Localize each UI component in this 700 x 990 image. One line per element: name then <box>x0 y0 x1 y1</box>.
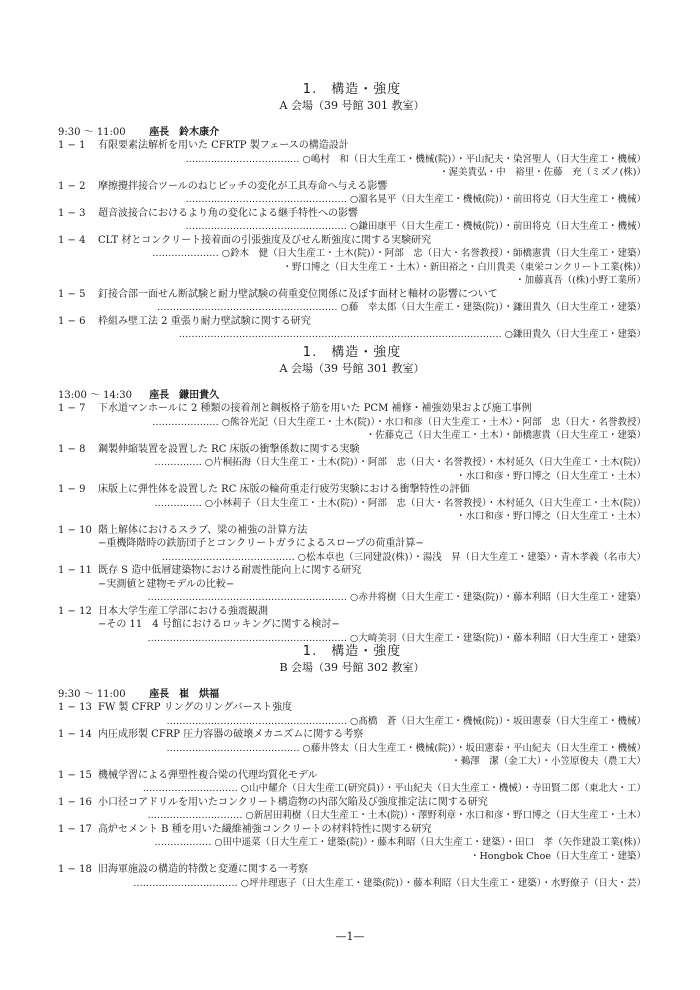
paper-subtitle: −実測値と建物モデルの比較− <box>58 578 646 592</box>
paper-title: 有限要素法解析を用いた CFRTP 製フェースの構造設計 <box>98 140 349 151</box>
paper-authors: ・水口和彦・野口博之（日大生産工・土木） <box>58 470 646 484</box>
paper-authors: ・加藤真吾（(株)小野工業所） <box>58 274 646 288</box>
list-item: 1 − 16小口径コアドリルを用いたコンクリート構造物の内部欠陥及び強度推定法に… <box>58 796 646 823</box>
paper-number: 1 − 17 <box>58 823 98 837</box>
paper-number: 1 − 6 <box>58 315 98 329</box>
paper-authors: …………… ○片桐拓海（日大生産工・土木(院)）・阿部 忠（日大・名誉教授）・木… <box>58 456 646 470</box>
paper-authors: …………………………………… ○藤井啓太（日大生産工・機械(院)）・坂田憲泰・平… <box>58 742 646 756</box>
session-section-b-morning: 1. 構造・強度 B 会場（39 号館 302 教室） 9:30 ～ 11:00… <box>58 644 646 890</box>
list-item: 1 − 2摩擦攪拌接合ツールのねじピッチの変化が工具寿命へ与える影響 ……………… <box>58 180 646 207</box>
paper-number: 1 − 10 <box>58 524 98 538</box>
paper-title: 摩擦攪拌接合ツールのねじピッチの変化が工具寿命へ与える影響 <box>98 181 387 192</box>
paper-title: 機械学習による弾塑性複合梁の代理均質化モデル <box>98 770 318 781</box>
paper-authors: …………………………… ○坪井理恵子（日大生産工・建築(院)）・藤本利昭（日大生… <box>58 877 646 891</box>
list-item: 1 − 5釘接合部一面せん断試験と耐力壁試験の荷重変位関係に及ぼす面材と軸材の影… <box>58 288 646 315</box>
paper-number: 1 − 5 <box>58 288 98 302</box>
list-item: 1 − 13FW 製 CFRP リングのリングバースト強度 …………………………… <box>58 701 646 728</box>
paper-number: 1 − 16 <box>58 796 98 810</box>
paper-title: 日本大学生産工学部における強震観測 <box>98 606 268 617</box>
list-item: 1 − 12日本大学生産工学部における強震観測 −その 11 4 号館におけるロ… <box>58 605 646 646</box>
list-item: 1 − 18旧海軍施設の構造的特徴と変遷に関する一考察 …………………………… … <box>58 863 646 890</box>
paper-authors: ・佐藤克己（日大生産工・土木）・師橋憲貴（日大生産工・建築） <box>58 429 646 443</box>
paper-title: 下水道マンホールに 2 種類の接着剤と鋼板格子筋を用いた PCM 補修・補強効果… <box>98 403 532 414</box>
session-header: 9:30 ～ 11:00 座長 崔 烘福 <box>58 688 646 701</box>
session-section-a-morning: 1. 構造・強度 A 会場（39 号館 301 教室） 9:30 ～ 11:00… <box>58 82 646 342</box>
list-item: 1 − 11既存 S 造中低層建築物における耐震性能向上に関する研究 −実測値と… <box>58 564 646 605</box>
paper-number: 1 − 2 <box>58 180 98 194</box>
list-item: 1 − 14内圧成形製 CFRP 圧力容器の破壊メカニズムに関する考察 …………… <box>58 728 646 769</box>
page-number: —1— <box>0 930 700 943</box>
session-header: 13:00 ～ 14:30 座長 鎌田貴久 <box>58 389 646 402</box>
session-time: 13:00 ～ 14:30 <box>58 389 146 402</box>
session-header: 9:30 ～ 11:00 座長 鈴木康介 <box>58 126 646 139</box>
list-item: 1 − 8鋼製伸縮装置を設置した RC 床版の衝撃係数に関する実験 …………… … <box>58 443 646 484</box>
paper-number: 1 − 4 <box>58 234 98 248</box>
paper-title: 高炉セメント B 種を用いた繊維補強コンクリートの材料特性に関する研究 <box>98 824 432 835</box>
paper-title: 鋼製伸縮装置を設置した RC 床版の衝撃係数に関する実験 <box>98 444 360 455</box>
program-page: 1. 構造・強度 A 会場（39 号館 301 教室） 9:30 ～ 11:00… <box>0 0 700 990</box>
paper-authors: …………………………………… ○松本卓也（三同建設(株)）・湯浅 昇（日大生産工… <box>58 551 646 565</box>
paper-number: 1 − 1 <box>58 139 98 153</box>
list-item: 1 − 3超音波接合におけるより角の変化による継手特性への影響 ……………………… <box>58 207 646 234</box>
list-item: 1 − 15機械学習による弾塑性複合梁の代理均質化モデル ………………………… … <box>58 769 646 796</box>
paper-number: 1 − 9 <box>58 483 98 497</box>
paper-title: CLT 材とコンクリート接着面の引張強度及びせん断強度に関する実験研究 <box>98 235 431 246</box>
paper-number: 1 − 12 <box>58 605 98 619</box>
paper-title: 内圧成形製 CFRP 圧力容器の破壊メカニズムに関する考察 <box>98 729 363 740</box>
paper-authors: ・野口博之（日大生産工・土木）・新田裕之・白川貴美（東栄コンクリート工業(株)） <box>58 261 646 275</box>
paper-title: FW 製 CFRP リングのリングバースト強度 <box>98 702 292 713</box>
session-chair: 座長 崔 烘福 <box>149 689 219 700</box>
paper-authors: ……………………………………………………… ○大崎美羽（日大生産工・建築(院)）… <box>58 632 646 646</box>
paper-authors: …………………………………………… ○鎌田康平（日大生産工・機械(院)）・前田将… <box>58 220 646 234</box>
paper-authors: ……………………………………………………… ○赤井将樹（日大生産工・建築(院)）… <box>58 591 646 605</box>
paper-authors: ………………………… ○新居田莉樹（日大生産工・土木(院)）・澤野利章・水口和彦… <box>58 809 646 823</box>
paper-number: 1 − 8 <box>58 443 98 457</box>
paper-number: 1 − 7 <box>58 402 98 416</box>
paper-authors: ………………… ○熊谷光記（日大生産工・土木(院)）・水口和彦（日大生産工・土木… <box>58 416 646 430</box>
section-room: A 会場（39 号館 301 教室） <box>58 361 646 376</box>
paper-authors: ………………… ○鈴木 健（日大生産工・土木(院)）・阿部 忠（日大・名誉教授）… <box>58 247 646 261</box>
list-item: 1 − 1有限要素法解析を用いた CFRTP 製フェースの構造設計 ………………… <box>58 139 646 180</box>
paper-title: 階上解体におけるスラブ、梁の補強の計算方法 <box>98 525 307 536</box>
paper-authors: ………………………… ○山中耀介（日大生産工(研究員)）・平山紀夫（日大生産工・… <box>58 782 646 796</box>
paper-number: 1 − 14 <box>58 728 98 742</box>
paper-title: 枠組み壁工法 2 重張り耐力壁試験に関する研究 <box>98 316 311 327</box>
paper-subtitle: −重機降階時の鉄筋団子とコンクリートガラによるスロープの荷重計算− <box>58 537 646 551</box>
paper-authors: ………………………………………………… ○髙橋 蒼（日大生産工・機械(院)）・坂… <box>58 715 646 729</box>
section-room: A 会場（39 号館 301 教室） <box>58 98 646 113</box>
paper-title: 釘接合部一面せん断試験と耐力壁試験の荷重変位関係に及ぼす面材と軸材の影響について <box>98 289 498 300</box>
paper-authors: …………… ○小林莉子（日大生産工・土木(院)）・阿部 忠（日大・名誉教授）・木… <box>58 497 646 511</box>
session-time: 9:30 ～ 11:00 <box>58 126 146 139</box>
list-item: 1 − 7下水道マンホールに 2 種類の接着剤と鋼板格子筋を用いた PCM 補修… <box>58 402 646 443</box>
paper-authors: ・渥美貴弘・中 裕里・佐藤 充（ミズノ(株)） <box>58 166 646 180</box>
paper-number: 1 − 15 <box>58 769 98 783</box>
paper-title: 既存 S 造中低層建築物における耐震性能向上に関する研究 <box>98 565 361 576</box>
section-title: 1. 構造・強度 <box>58 82 646 98</box>
paper-number: 1 − 13 <box>58 701 98 715</box>
paper-title: 小口径コアドリルを用いたコンクリート構造物の内部欠陥及び強度推定法に関する研究 <box>98 797 488 808</box>
list-item: 1 − 17高炉セメント B 種を用いた繊維補強コンクリートの材料特性に関する研… <box>58 823 646 864</box>
list-item: 1 − 9床版上に弾性体を設置した RC 床版の輪荷重走行疲労実験における衝撃特… <box>58 483 646 524</box>
paper-authors: ………………………………………………… ○藤 幸太郎（日大生産工・建築(院)）・… <box>58 301 646 315</box>
paper-authors: ・水口和彦・野口博之（日大生産工・土木） <box>58 510 646 524</box>
paper-authors: ・鵜澤 潔（金工大）・小笠原俊夫（農工大） <box>58 755 646 769</box>
paper-title: 旧海軍施設の構造的特徴と変遷に関する一考察 <box>98 864 308 875</box>
paper-authors: ………………………………………………………………………………………… ○鎌田貴久… <box>58 328 646 342</box>
session-time: 9:30 ～ 11:00 <box>58 688 146 701</box>
session-chair: 座長 鎌田貴久 <box>149 390 219 401</box>
paper-authors: …………………………………………… ○濵名晃平（日大生産工・機械(院)）・前田将… <box>58 193 646 207</box>
list-item: 1 − 4CLT 材とコンクリート接着面の引張強度及びせん断強度に関する実験研究… <box>58 234 646 288</box>
paper-number: 1 − 18 <box>58 863 98 877</box>
section-title: 1. 構造・強度 <box>58 345 646 361</box>
paper-number: 1 − 3 <box>58 207 98 221</box>
session-section-a-afternoon: 1. 構造・強度 A 会場（39 号館 301 教室） 13:00 ～ 14:3… <box>58 345 646 645</box>
list-item: 1 − 10階上解体におけるスラブ、梁の補強の計算方法 −重機降階時の鉄筋団子と… <box>58 524 646 565</box>
paper-subtitle: −その 11 4 号館におけるロッキングに関する検討− <box>58 618 646 632</box>
paper-authors: ……………………………… ○嶋村 和（日大生産工・機械(院)）・平山紀夫・染宮聖… <box>58 153 646 167</box>
list-item: 1 − 6枠組み壁工法 2 重張り耐力壁試験に関する研究 ……………………………… <box>58 315 646 342</box>
paper-number: 1 − 11 <box>58 564 98 578</box>
session-chair: 座長 鈴木康介 <box>149 127 219 138</box>
paper-authors: ……………… ○田中遥菜（日大生産工・建築(院)）・藤本利昭（日大生産工・建築）… <box>58 836 646 850</box>
paper-title: 床版上に弾性体を設置した RC 床版の輪荷重走行疲労実験における衝撃特性の評価 <box>98 484 470 495</box>
section-room: B 会場（39 号館 302 教室） <box>58 660 646 675</box>
paper-title: 超音波接合におけるより角の変化による継手特性への影響 <box>98 208 358 219</box>
section-title: 1. 構造・強度 <box>58 644 646 660</box>
paper-authors: ・Hongbok Choe（日大生産工・建築） <box>58 850 646 864</box>
